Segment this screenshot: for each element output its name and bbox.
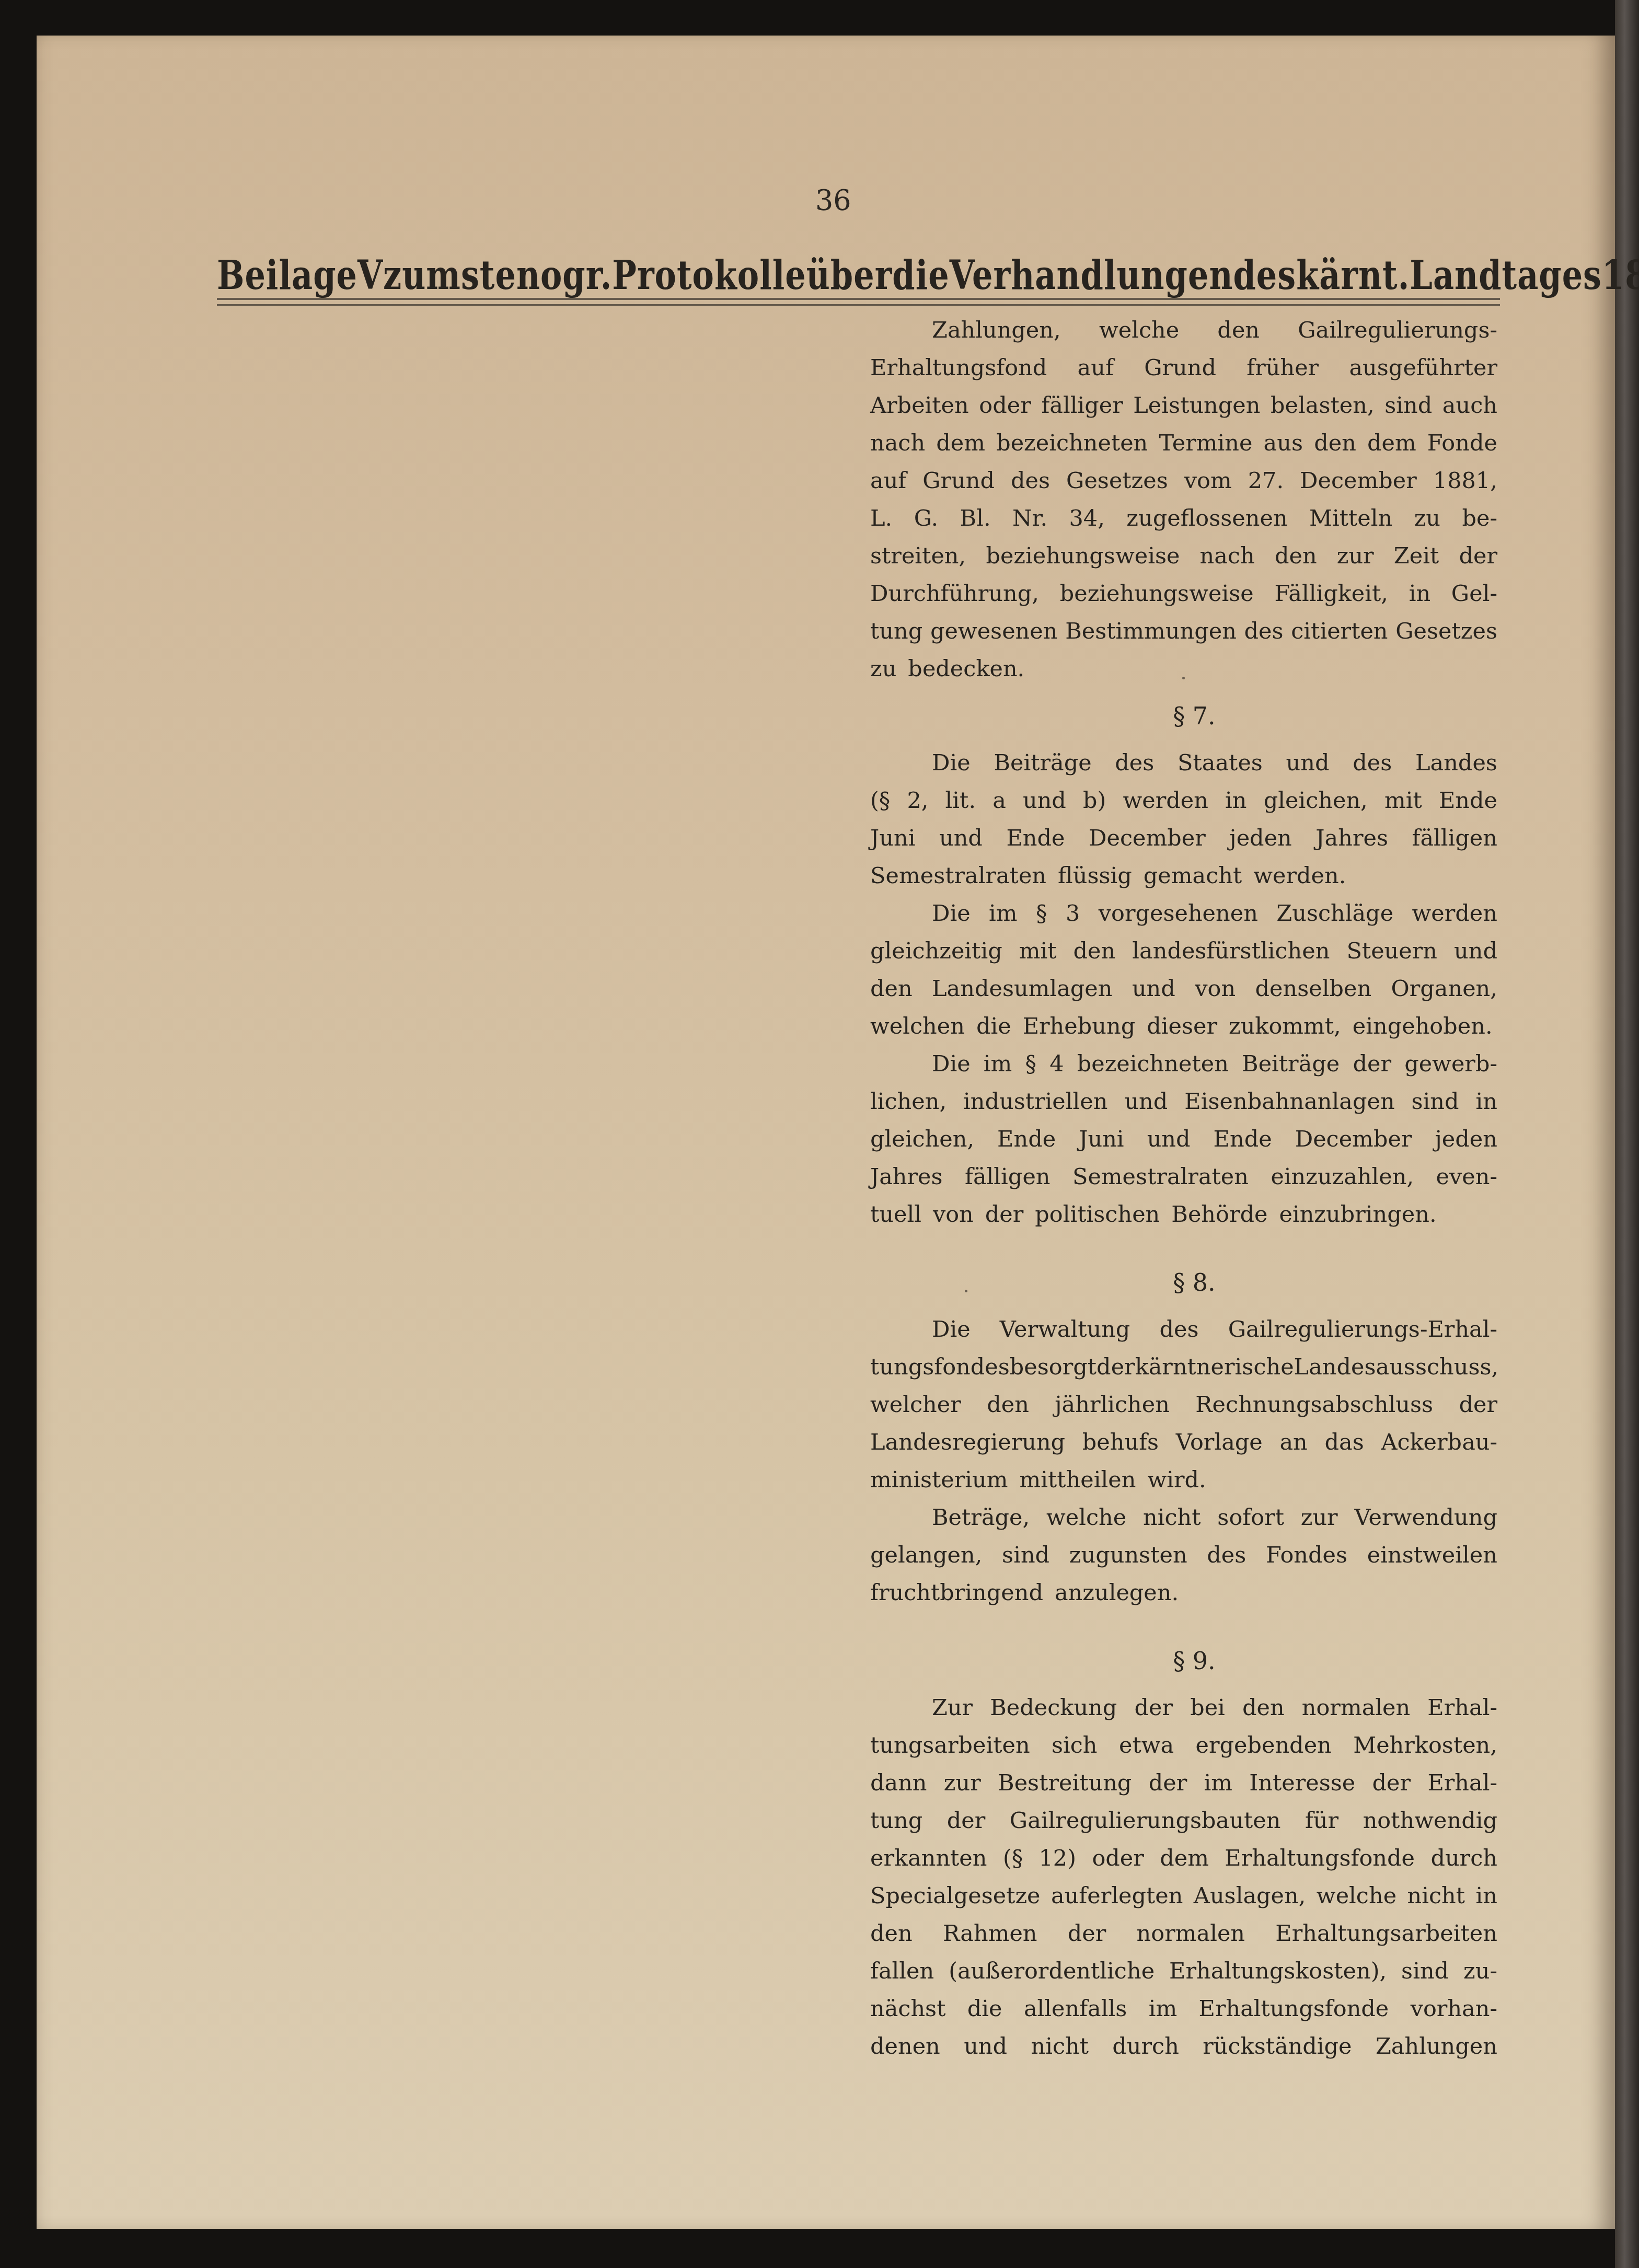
- text-line: gleichen,EndeJuniundEndeDecemberjeden: [870, 1120, 1497, 1158]
- running-head-word: zum: [383, 251, 461, 298]
- running-head-word: 1899.: [1602, 251, 1639, 298]
- text-line: Dieim§3vorgesehenenZuschlägewerden: [870, 895, 1497, 932]
- running-head-word: Landtages: [1410, 251, 1602, 298]
- text-line: L.G.Bl.Nr.34,zugeflossenenMittelnzube-: [870, 500, 1497, 537]
- text-line: denLandesumlagenundvondenselbenOrganen,: [870, 970, 1497, 1008]
- text-line: Zahlungen,welchedenGailregulierungs-: [870, 311, 1497, 349]
- running-head-word: Beilage: [217, 251, 357, 298]
- text-line: tuellvonderpolitischenBehördeeinzubringe…: [870, 1196, 1497, 1233]
- paper-speck: [965, 1290, 967, 1292]
- text-line: tunggewesenenBestimmungendescitiertenGes…: [870, 612, 1497, 650]
- text-line: DieVerwaltungdesGailregulierungs-Erhal-: [870, 1311, 1497, 1348]
- running-head: BeilageVzumstenogr.ProtokolleüberdieVerh…: [217, 251, 1500, 298]
- text-line: fallen(außerordentlicheErhaltungskosten)…: [870, 1952, 1497, 1990]
- section-heading: § 8.: [870, 1264, 1497, 1301]
- text-line: nächstdieallenfallsimErhaltungsfondevorh…: [870, 1990, 1497, 2028]
- text-line: tungderGailregulierungsbautenfürnothwend…: [870, 1802, 1497, 1839]
- page-number: 36: [815, 184, 851, 217]
- text-line: ErhaltungsfondaufGrundfrüherausgeführter: [870, 349, 1497, 387]
- paper-speck: [1182, 677, 1185, 679]
- running-head-word: über: [806, 251, 893, 298]
- text-line: JuniundEndeDecemberjedenJahresfälligen: [870, 819, 1497, 857]
- text-line: aufGrunddesGesetzesvom27.December1881,: [870, 462, 1497, 500]
- text-line: zubedecken.: [870, 650, 1497, 688]
- book-spine-shadow: [1615, 0, 1639, 2268]
- header-rule-top: [217, 298, 1500, 300]
- text-line: fruchtbringendanzulegen.: [870, 1574, 1497, 1612]
- text-line: Dieim§4bezeichnetenBeiträgedergewerb-: [870, 1045, 1497, 1083]
- text-line: SpecialgesetzeauferlegtenAuslagen,welche…: [870, 1877, 1497, 1915]
- text-line: LandesregierungbehufsVorlageandasAckerba…: [870, 1424, 1497, 1461]
- text-column: Zahlungen,welchedenGailregulierungs-Erha…: [870, 311, 1497, 2065]
- running-head-word: Verhandlungen: [950, 251, 1233, 298]
- text-line: welchendieErhebungdieserzukommt,eingehob…: [870, 1008, 1497, 1045]
- text-line: Durchführung,beziehungsweiseFälligkeit,i…: [870, 575, 1497, 612]
- text-line: dannzurBestreitungderimInteressederErhal…: [870, 1764, 1497, 1802]
- text-line: nachdembezeichnetenTermineausdendemFonde: [870, 424, 1497, 462]
- text-line: gelangen,sindzugunstendesFondeseinstweil…: [870, 1536, 1497, 1574]
- running-head-word: die: [892, 251, 949, 298]
- text-line: DieBeiträgedesStaatesunddesLandes: [870, 744, 1497, 782]
- text-line: Beträge,welchenichtsofortzurVerwendung: [870, 1499, 1497, 1536]
- running-head-word: kärnt.: [1296, 251, 1410, 298]
- text-line: lichen,industriellenundEisenbahnanlagens…: [870, 1083, 1497, 1120]
- text-line: erkannten(§12)oderdemErhaltungsfondedurc…: [870, 1839, 1497, 1877]
- text-line: Semestralratenflüssiggemachtwerden.: [870, 857, 1497, 895]
- section-heading: § 9.: [870, 1642, 1497, 1680]
- text-line: streiten,beziehungsweisenachdenzurZeitde…: [870, 537, 1497, 575]
- text-line: ArbeitenoderfälligerLeistungenbelasten,s…: [870, 387, 1497, 424]
- text-line: ZurBedeckungderbeidennormalenErhal-: [870, 1689, 1497, 1727]
- text-line: denenundnichtdurchrückständigeZahlungen: [870, 2028, 1497, 2065]
- text-line: welcherdenjährlichenRechnungsabschlussde…: [870, 1386, 1497, 1424]
- text-line: JahresfälligenSemestralrateneinzuzahlen,…: [870, 1158, 1497, 1196]
- running-head-word: des: [1233, 251, 1296, 298]
- running-head-word: stenogr.: [461, 251, 612, 298]
- text-line: ministeriummittheilenwird.: [870, 1461, 1497, 1499]
- text-line: gleichzeitigmitdenlandesfürstlichenSteue…: [870, 932, 1497, 970]
- section-heading: § 7.: [870, 697, 1497, 735]
- running-head-word: Protokolle: [612, 251, 806, 298]
- text-line: tungsarbeitensichetwaergebendenMehrkoste…: [870, 1727, 1497, 1764]
- header-rule-bottom: [217, 304, 1500, 306]
- text-line: tungsfondesbesorgtderkärntnerischeLandes…: [870, 1348, 1497, 1386]
- running-head-word: V: [357, 251, 383, 298]
- text-line: denRahmendernormalenErhaltungsarbeiten: [870, 1915, 1497, 1952]
- text-line: (§2,lit.aundb)werdeningleichen,mitEnde: [870, 782, 1497, 819]
